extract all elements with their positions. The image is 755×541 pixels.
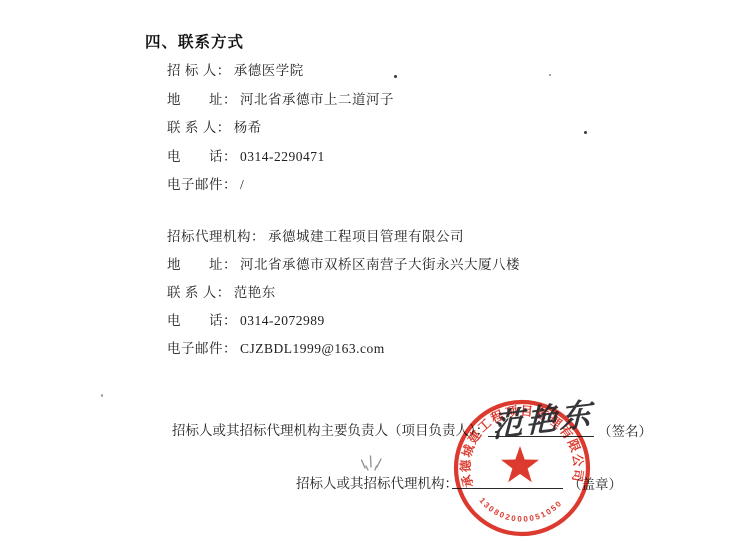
tenderer-phone-label: 电 话： <box>167 145 237 165</box>
scan-speck <box>549 74 551 76</box>
tenderer-email-row: 电子邮件：/ <box>167 173 244 193</box>
scan-speck <box>394 75 397 78</box>
agency-name-row: 招标代理机构：承德城建工程项目管理有限公司 <box>167 225 464 245</box>
tenderer-contact-value: 杨希 <box>231 120 262 135</box>
agency-address-value: 河北省承德市双桥区南营子大街永兴大厦八楼 <box>237 257 520 272</box>
agency-contact-label: 联 系 人： <box>167 281 231 301</box>
agency-address-label: 地 址： <box>167 253 237 273</box>
tenderer-name-row: 招 标 人：承德医学院 <box>167 59 304 79</box>
agency-email-value: CJZBDL1999@163.com <box>237 341 385 356</box>
agency-phone-row: 电 话：0314-2072989 <box>167 309 325 329</box>
tenderer-phone-value: 0314-2290471 <box>237 149 325 164</box>
tenderer-address-row: 地 址：河北省承德市上二道河子 <box>167 88 394 108</box>
tenderer-address-value: 河北省承德市上二道河子 <box>237 92 394 107</box>
tenderer-address-label: 地 址： <box>167 88 237 108</box>
pencil-scribble-mark <box>360 454 386 472</box>
agency-phone-value: 0314-2072989 <box>237 313 325 328</box>
org-seal-line-label: 招标人或其招标代理机构： <box>296 472 458 492</box>
tenderer-phone-row: 电 话：0314-2290471 <box>167 145 325 165</box>
agency-email-row: 电子邮件：CJZBDL1999@163.com <box>167 337 385 357</box>
agency-phone-label: 电 话： <box>167 309 237 329</box>
tenderer-name-value: 承德医学院 <box>231 63 304 78</box>
leader-signature-line-label: 招标人或其招标代理机构主要负责人（项目负责人）： <box>172 419 489 439</box>
seal-certificate-number: 130802000051050 <box>478 496 565 524</box>
tenderer-name-label: 招 标 人： <box>167 59 231 79</box>
leader-signature-suffix: （签名） <box>598 420 652 440</box>
scan-speck <box>584 131 587 134</box>
tenderer-contact-label: 联 系 人： <box>167 116 231 136</box>
red-star-icon <box>501 446 539 482</box>
section-heading: 四、联系方式 <box>145 30 244 52</box>
agency-address-row: 地 址：河北省承德市双桥区南营子大街永兴大厦八楼 <box>167 253 520 273</box>
document-page: 四、联系方式 招 标 人：承德医学院 地 址：河北省承德市上二道河子 联 系 人… <box>0 0 755 541</box>
agency-email-label: 电子邮件： <box>167 337 237 357</box>
agency-contact-row: 联 系 人：范艳东 <box>167 281 276 301</box>
tenderer-email-value: / <box>237 177 244 192</box>
scan-speck <box>101 394 103 397</box>
agency-contact-value: 范艳东 <box>231 285 276 300</box>
svg-text:130802000051050: 130802000051050 <box>478 496 565 524</box>
agency-name-value: 承德城建工程项目管理有限公司 <box>265 229 464 244</box>
tenderer-contact-row: 联 系 人：杨希 <box>167 116 262 136</box>
tenderer-email-label: 电子邮件： <box>167 173 237 193</box>
agency-name-label: 招标代理机构： <box>167 225 265 245</box>
